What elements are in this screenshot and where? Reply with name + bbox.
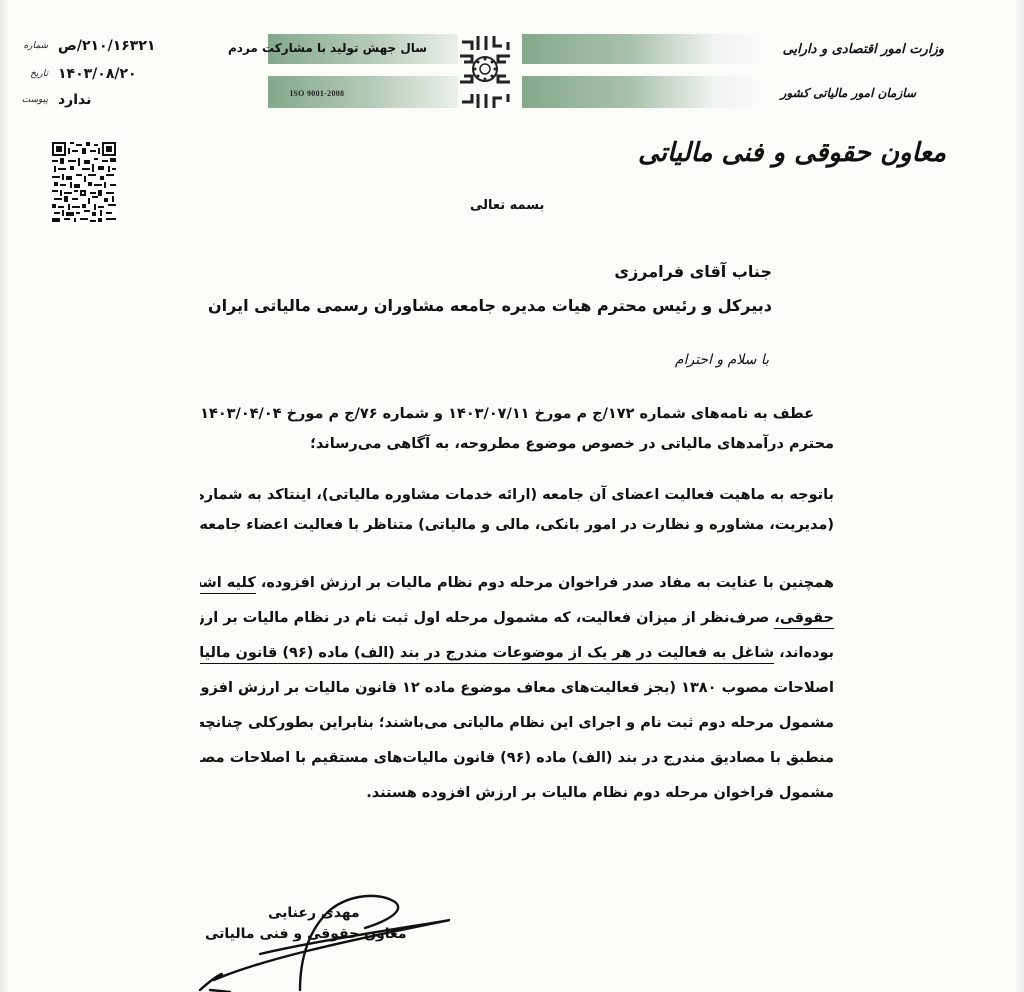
letter-date-row: تاریخ ۱۴۰۳/۰۸/۲۰ (30, 66, 190, 82)
organization-name: سازمان امور مالیاتی کشور (781, 86, 916, 100)
tax-organization-emblem-icon (456, 32, 514, 112)
letter-attachment-value: ندارد (58, 92, 91, 108)
paragraph-text: همچنین با عنایت به مفاد صدر فراخوان مرحل… (256, 575, 834, 591)
iso-certification: ISO 9001-2008 (290, 89, 344, 98)
underlined-text: شاغل به فعالیت در هر یک از موضوعات مندرج… (200, 645, 774, 664)
paragraph-line: (مدیریت، مشاوره و نظارت در امور بانکی، م… (200, 510, 834, 540)
header-banner-right-top (522, 34, 762, 64)
paragraph-line: محترم درآمدهای مالیاتی در خصوص موضوع مطر… (200, 429, 834, 459)
paragraph-text: مشمول مرحله دوم ثبت نام و اجرای این نظام… (200, 715, 834, 731)
department-title: معاون حقوقی و فنی مالیاتی (638, 138, 946, 168)
letter-date-label: تاریخ (30, 69, 48, 79)
paragraph-reference: عطف به نامه‌های شماره ۱۷۲/ج م مورخ ۱۴۰۳/… (200, 399, 834, 459)
paragraph-line: مشمول فراخوان مرحله دوم نظام مالیات بر ا… (200, 776, 834, 811)
addressee-name: جناب آقای فرامرزی (614, 262, 772, 281)
letter-number-value: ۲۱۰/۱۶۳۲۱/ص (58, 38, 155, 54)
bismillah: بسمه تعالی (470, 198, 544, 213)
underlined-text: کلیه اشخاص اعم از حقیقی و (200, 575, 256, 594)
signatory-title: معاون حقوقی و فنی مالیاتی (205, 926, 407, 942)
paragraph-vat-registration: همچنین با عنایت به مفاد صدر فراخوان مرحل… (200, 566, 834, 811)
addressee-title: دبیرکل و رئیس محترم هیات مدیره جامعه مشا… (208, 296, 772, 315)
salutation: با سلام و احترام (675, 352, 769, 368)
paragraph-line: مشمول مرحله دوم ثبت نام و اجرای این نظام… (200, 706, 834, 741)
paragraph-line: عطف به نامه‌های شماره ۱۷۲/ج م مورخ ۱۴۰۳/… (200, 399, 834, 429)
paragraph-text: صرف‌نظر از میزان فعالیت، که مشمول مرحله … (200, 610, 774, 626)
underlined-text: حقوقی، (774, 610, 834, 629)
paragraph-line: همچنین با عنایت به مفاد صدر فراخوان مرحل… (200, 566, 834, 601)
paragraph-line: بوده‌اند، شاغل به فعالیت در هر یک از موض… (200, 636, 834, 671)
header-slogan: سال جهش تولید با مشارکت مردم (228, 41, 427, 55)
paragraph-line: حقوقی، صرف‌نظر از میزان فعالیت، که مشمول… (200, 601, 834, 636)
paragraph-line: باتوجه به ماهیت فعالیت اعضای آن جامعه (ا… (200, 480, 834, 510)
letter-page: شماره ۲۱۰/۱۶۳۲۱/ص تاریخ ۱۴۰۳/۰۸/۲۰ پیوست… (0, 0, 1024, 992)
letter-number-label: شماره (30, 41, 48, 51)
letter-attachment-label: پیوست (30, 95, 48, 105)
qr-code-icon[interactable] (50, 140, 118, 224)
letter-number-row: شماره ۲۱۰/۱۶۳۲۱/ص (30, 38, 190, 54)
paragraph-line: منطبق با مصادیق مندرج در بند (الف) ماده … (200, 741, 834, 776)
ministry-name: وزارت امور اقتصادی و دارایی (783, 42, 944, 57)
paragraph-isic-code: باتوجه به ماهیت فعالیت اعضای آن جامعه (ا… (200, 480, 834, 540)
letter-date-value: ۱۴۰۳/۰۸/۲۰ (58, 66, 137, 82)
paragraph-text: بوده‌اند، (774, 645, 834, 661)
signatory-name: مهدی رعنایی (268, 905, 360, 921)
header-banner-right-bottom (522, 76, 762, 108)
letter-attachment-row: پیوست ندارد (30, 92, 190, 108)
paragraph-line: اصلاحات مصوب ۱۳۸۰ (بجز فعالیت‌های معاف م… (200, 671, 834, 706)
